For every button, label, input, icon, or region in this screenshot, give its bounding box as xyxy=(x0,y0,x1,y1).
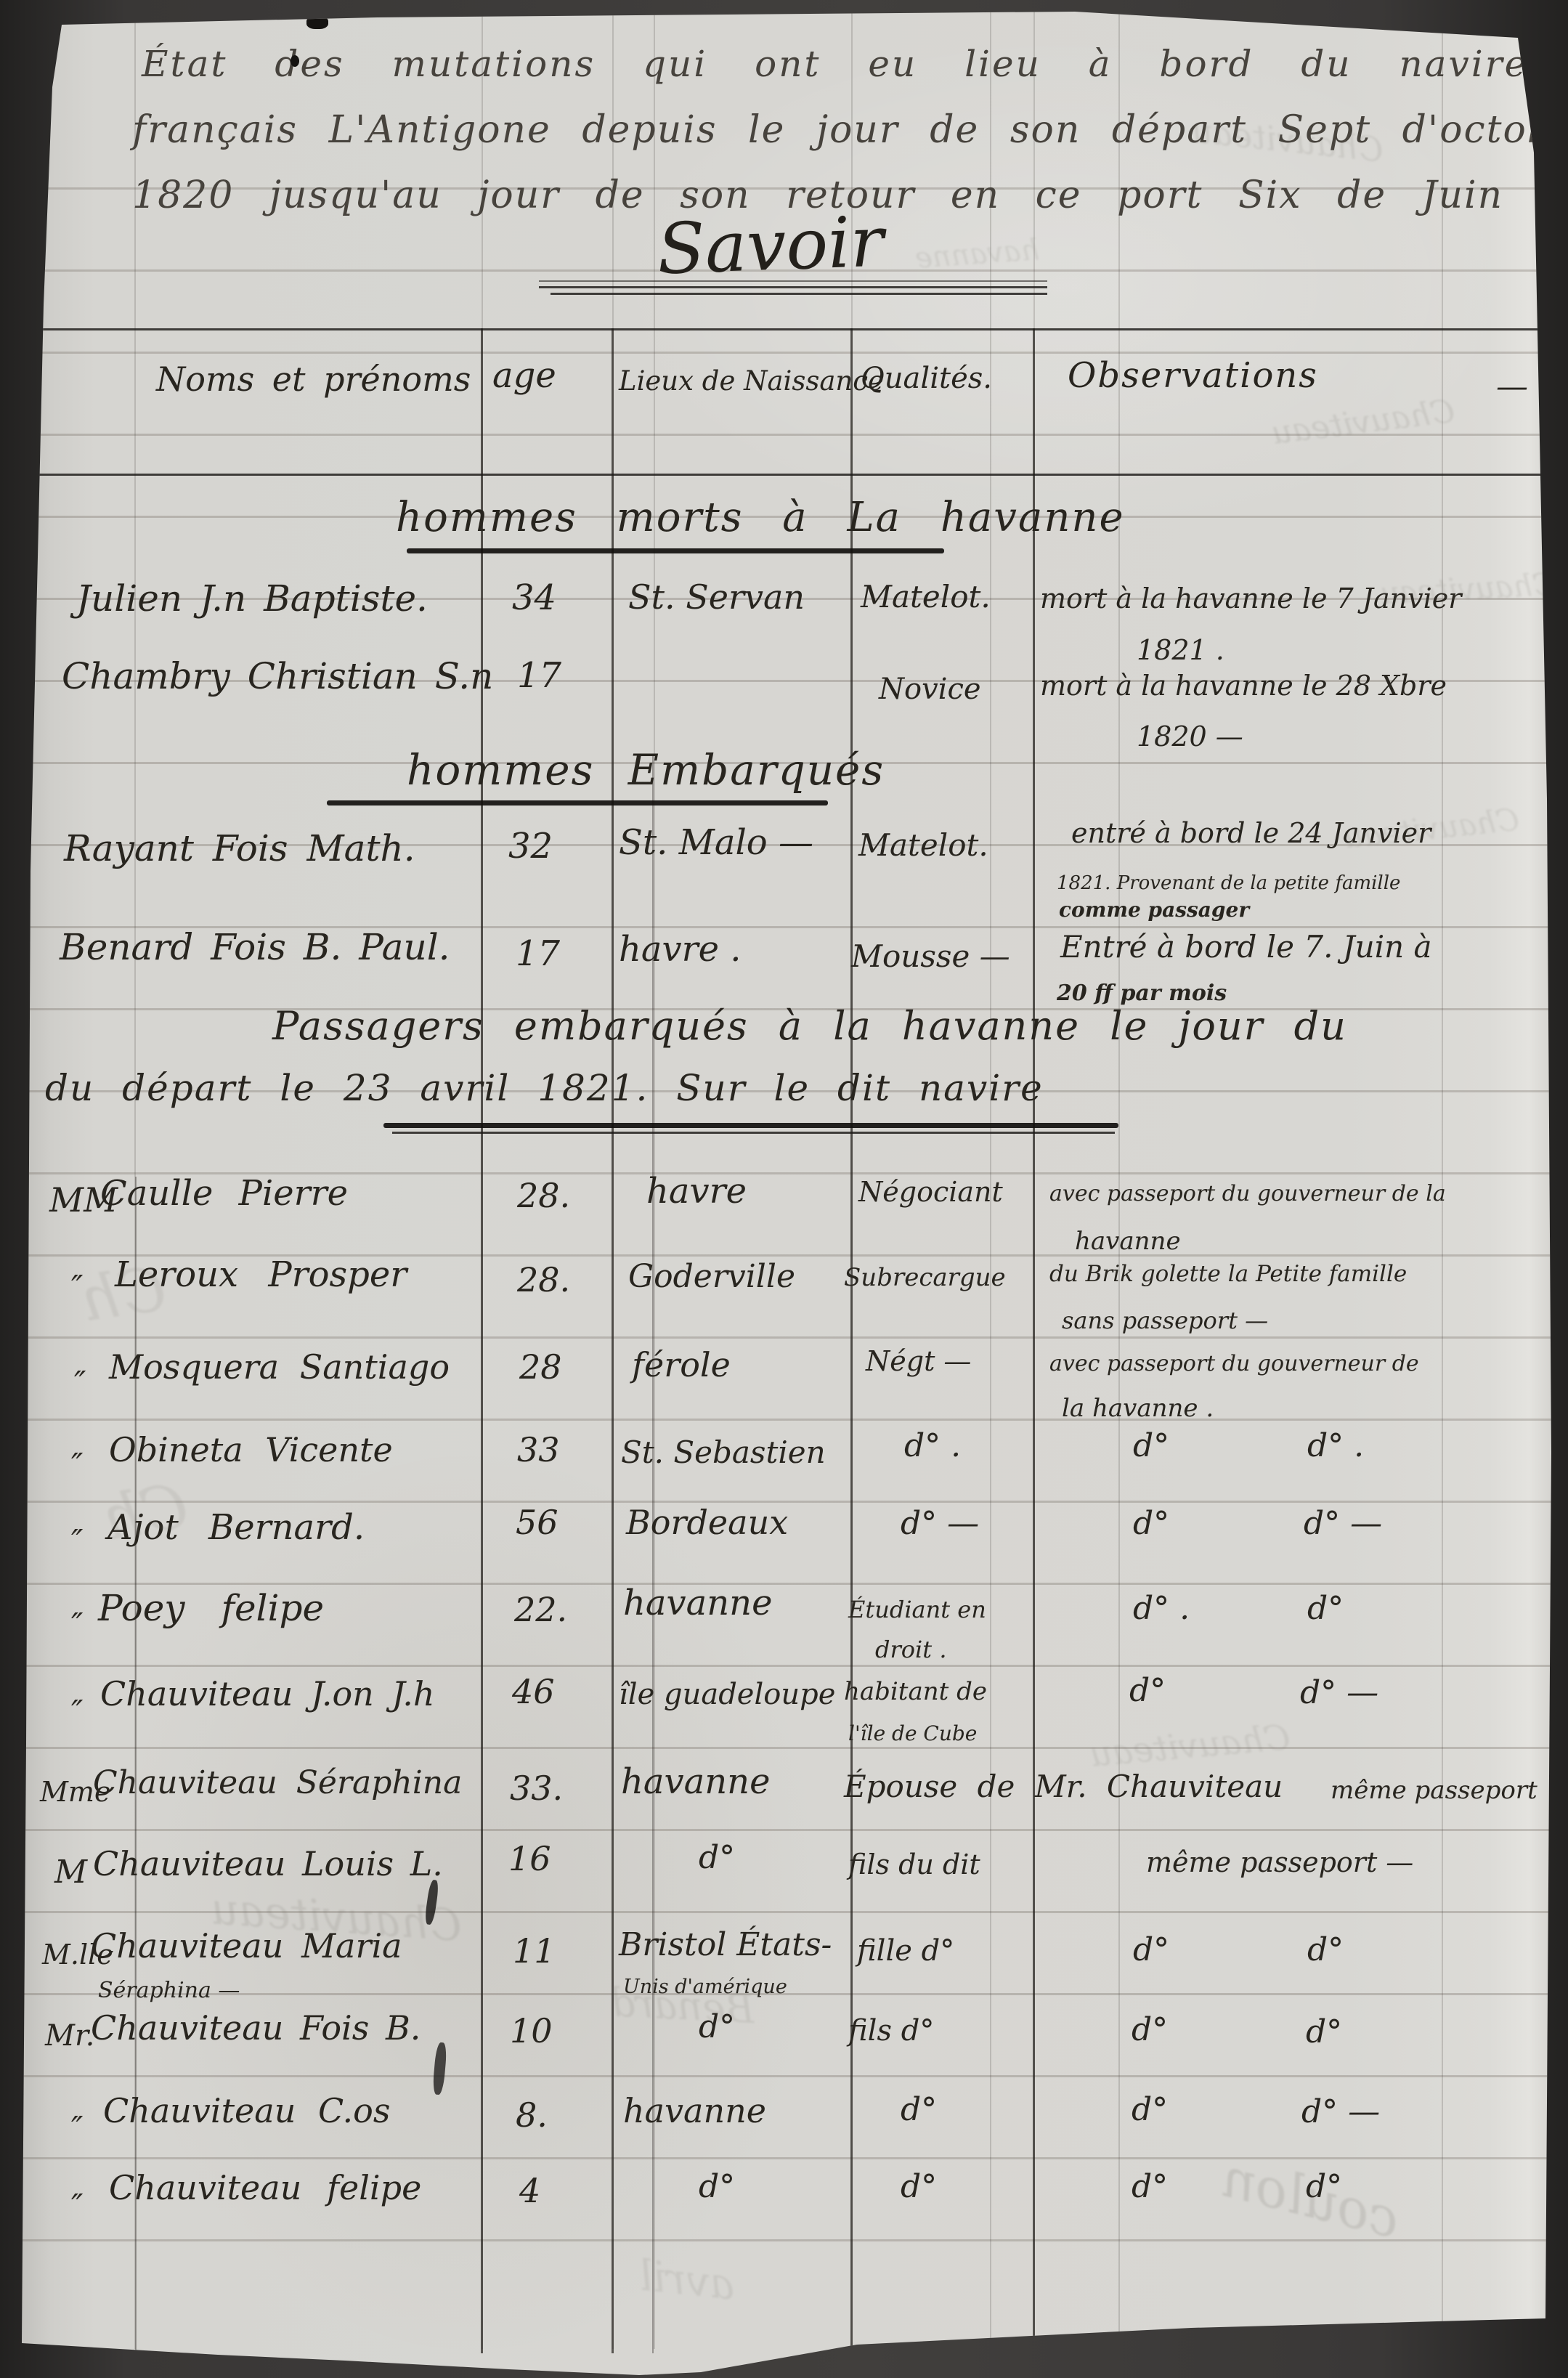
row-age: 28 xyxy=(519,1350,562,1384)
row-observation-1: d° xyxy=(1132,2170,1168,2204)
row-observation-2: d° xyxy=(1307,1933,1344,1967)
row-observation-2: d° — xyxy=(1301,2095,1380,2129)
row-birthplace: férole xyxy=(632,1347,731,1382)
savoir-underline xyxy=(539,280,1047,282)
section-title-passengers-1: Passagers embarqués à la havanne le jour… xyxy=(272,1006,1347,1047)
section-title-passengers-2: du départ le 23 avril 1821. Sur le dit n… xyxy=(45,1069,1044,1108)
row-title-prefix: ″ xyxy=(71,2112,83,2146)
row-observation-2: 1820 — xyxy=(1137,723,1243,752)
column-line-age-birthplace xyxy=(612,328,614,2353)
row-birthplace: havre xyxy=(646,1173,747,1209)
row-title-prefix: M xyxy=(54,1856,87,1889)
row-title-prefix: ″ xyxy=(71,1609,83,1642)
row-name: Chauviteau Fois B. xyxy=(91,2010,421,2045)
row-observation-1: d° xyxy=(1133,1933,1169,1967)
row-observation-2: sans passeport — xyxy=(1062,1309,1268,1334)
section-embarked-underline xyxy=(327,800,828,805)
row-name: Caulle Pierre xyxy=(100,1175,348,1212)
row-birthplace: St. Malo — xyxy=(619,824,813,861)
document-scan: État des mutations qui ont eu lieu à bor… xyxy=(0,0,1568,2378)
row-name: Julien J.n Baptiste. xyxy=(76,580,428,618)
row-quality: Négt — xyxy=(866,1347,971,1376)
row-age: 17 xyxy=(517,657,561,694)
row-age: 17 xyxy=(516,936,560,972)
row-observation-1: d° . xyxy=(1133,1592,1190,1626)
row-quality: habitant de xyxy=(844,1679,987,1705)
section-title-embarked: hommes Embarqués xyxy=(407,748,885,792)
row-name: Chauviteau J.on J.h xyxy=(100,1676,435,1711)
row-birthplace: Goderville xyxy=(628,1260,795,1294)
row-quality: Novice xyxy=(879,674,981,705)
row-quality: fille d° xyxy=(857,1936,954,1966)
row-age: 28. xyxy=(517,1178,570,1213)
row-quality: d° xyxy=(901,2170,937,2204)
row-name: Poey felipe xyxy=(98,1589,324,1628)
row-observation-2: la havanne . xyxy=(1062,1396,1214,1422)
row-age: 8. xyxy=(516,2098,548,2133)
row-observation-2: 1821. Provenant de la petite famille xyxy=(1057,874,1400,893)
row-observation-1: d° xyxy=(1132,2093,1168,2127)
row-birthplace: havanne xyxy=(623,1585,773,1621)
column-line-names-age xyxy=(481,328,483,2353)
row-observation-1: mort à la havanne le 28 Xbre xyxy=(1040,672,1447,701)
row-name: Chauviteau Séraphina xyxy=(93,1766,462,1800)
col-header-quality: Qualités. xyxy=(861,363,992,394)
bleedthrough-text: Ch xyxy=(76,1258,170,1331)
row-age: 16 xyxy=(508,1841,551,1876)
row-age: 33 xyxy=(517,1432,560,1467)
column-line-birthplace-quality xyxy=(850,328,853,2353)
bleedthrough-text: havanne xyxy=(914,235,1041,273)
row-quality: Étudiant en xyxy=(848,1598,986,1623)
row-title-prefix: ″ xyxy=(74,1367,86,1400)
savoir-underline xyxy=(539,286,1047,288)
bleedthrough-text: Benard xyxy=(609,1983,756,2029)
row-quality: d° — xyxy=(901,1507,979,1541)
row-title-prefix: ″ xyxy=(71,2190,83,2223)
row-quality: Négociant xyxy=(858,1178,1003,1207)
row-age: 11 xyxy=(513,1933,556,1968)
row-observation-2: 1821 . xyxy=(1137,636,1224,665)
row-title-prefix: Mr. xyxy=(45,2021,94,2051)
col-header-birthplace: Lieux de Naissance xyxy=(619,368,884,396)
row-observation-2: d° xyxy=(1306,2016,1342,2049)
row-birthplace: havanne xyxy=(623,2093,766,2128)
section-title-deaths: hommes morts à La havanne xyxy=(396,497,1125,540)
row-age: 32 xyxy=(508,828,553,864)
col-header-observations: Observations xyxy=(1068,357,1318,394)
row-observation-1: du Brik golette la Petite famille xyxy=(1049,1262,1407,1286)
col-header-observations-dash: — xyxy=(1496,370,1528,404)
row-quality: d° . xyxy=(904,1429,961,1463)
row-age: 34 xyxy=(512,580,556,616)
row-birthplace: havre . xyxy=(619,931,742,967)
row-quality: Matelot. xyxy=(858,829,988,861)
row-birthplace: St. Sebastien xyxy=(621,1437,826,1469)
bleedthrough-text: Chauviteau xyxy=(1379,569,1556,609)
row-observation-1: d° xyxy=(1129,1674,1166,1708)
row-age: 56 xyxy=(516,1505,558,1540)
row-quality-2: l'île de Cube xyxy=(848,1723,977,1744)
row-quality: Matelot. xyxy=(861,581,991,613)
row-quality: d° xyxy=(901,2093,937,2127)
row-name: Mosquera Santiago xyxy=(109,1350,450,1384)
row-birthplace: Bristol États- xyxy=(619,1928,832,1962)
row-observation-1: même passeport — xyxy=(1146,1849,1413,1878)
row-observation-1: Entré à bord le 7. Juin à xyxy=(1060,931,1432,963)
row-age: 46 xyxy=(512,1674,555,1709)
row-title-prefix: ″ xyxy=(71,1449,83,1482)
col-header-age: age xyxy=(492,357,556,394)
row-age: 33. xyxy=(510,1771,563,1806)
row-quality-2: droit . xyxy=(875,1638,946,1663)
row-name: Benard Fois B. Paul. xyxy=(60,928,450,967)
row-observation-1: d° xyxy=(1133,1507,1169,1541)
row-observation-3: comme passager xyxy=(1059,899,1249,920)
ink-spot xyxy=(306,16,328,29)
row-observation-2: d° — xyxy=(1300,1676,1378,1710)
row-age: 28. xyxy=(517,1262,570,1297)
table-top-border xyxy=(33,328,1543,330)
vertical-rule xyxy=(1442,0,1443,2349)
savoir-underline xyxy=(551,293,1047,295)
row-observation-1: d° xyxy=(1132,2013,1168,2047)
savoir-heading: Savoir xyxy=(656,206,885,287)
col-header-names: Noms et prénoms xyxy=(156,362,471,397)
document-page: État des mutations qui ont eu lieu à bor… xyxy=(0,0,1568,2378)
bleedthrough-text: Ch xyxy=(97,1474,192,1549)
row-name: Rayant Fois Math. xyxy=(64,829,415,868)
row-name: Obineta Vicente xyxy=(109,1432,393,1467)
row-observation-1: même passeport xyxy=(1331,1778,1537,1804)
row-age: 4 xyxy=(519,2173,540,2208)
row-title-prefix: ″ xyxy=(71,1696,83,1729)
row-birthplace: havanne xyxy=(621,1764,771,1800)
row-quality: fils d° xyxy=(848,2016,934,2046)
row-birthplace: île guadeloupe xyxy=(619,1679,835,1710)
row-observation-1: avec passeport du gouverneur de la xyxy=(1049,1182,1446,1206)
row-birthplace: d° xyxy=(699,1841,735,1875)
section-deaths-underline xyxy=(407,548,944,553)
bleedthrough-text: avril xyxy=(637,2254,737,2305)
row-birthplace: Bordeaux xyxy=(626,1505,788,1540)
section-passengers-underline xyxy=(383,1123,1118,1128)
row-age: 10 xyxy=(510,2013,553,2048)
row-age: 22. xyxy=(514,1592,567,1627)
row-birthplace: St. Servan xyxy=(628,580,805,614)
column-line-quality-observations xyxy=(1033,328,1035,2353)
row-name: Chauviteau Louis L. xyxy=(93,1846,443,1881)
row-title-prefix: ″ xyxy=(71,1525,83,1559)
table-header-bottom-border xyxy=(33,474,1543,476)
row-quality: fils du dit xyxy=(848,1851,980,1880)
row-quality: Épouse de Mr. Chauviteau xyxy=(844,1771,1283,1803)
row-observation-1: d° xyxy=(1133,1429,1169,1463)
row-name-2: Séraphina — xyxy=(98,1979,240,2002)
row-observation-2: d° — xyxy=(1304,1507,1382,1541)
vertical-rule xyxy=(990,0,991,2349)
row-birthplace: d° xyxy=(699,2170,735,2204)
section-passengers-underline-2 xyxy=(392,1132,1115,1134)
row-observation-2: d° . xyxy=(1307,1429,1364,1463)
vertical-rule xyxy=(1118,0,1120,2349)
row-observation-2: 20 ff par mois xyxy=(1057,982,1227,1005)
row-quality: Mousse — xyxy=(851,941,1010,973)
row-name: Chauviteau felipe xyxy=(109,2170,421,2205)
row-quality: Subrecargue xyxy=(844,1265,1006,1291)
row-observation-2: d° xyxy=(1307,1592,1344,1626)
row-observation-1: avec passeport du gouverneur de xyxy=(1049,1352,1419,1376)
title-line-1: État des mutations qui ont eu lieu à bor… xyxy=(142,45,1528,84)
row-observation-2: havanne xyxy=(1075,1229,1181,1255)
ink-spot xyxy=(291,55,299,67)
row-name: Chauviteau C.os xyxy=(103,2093,390,2128)
row-name: Chambry Christian S.n xyxy=(62,657,493,696)
